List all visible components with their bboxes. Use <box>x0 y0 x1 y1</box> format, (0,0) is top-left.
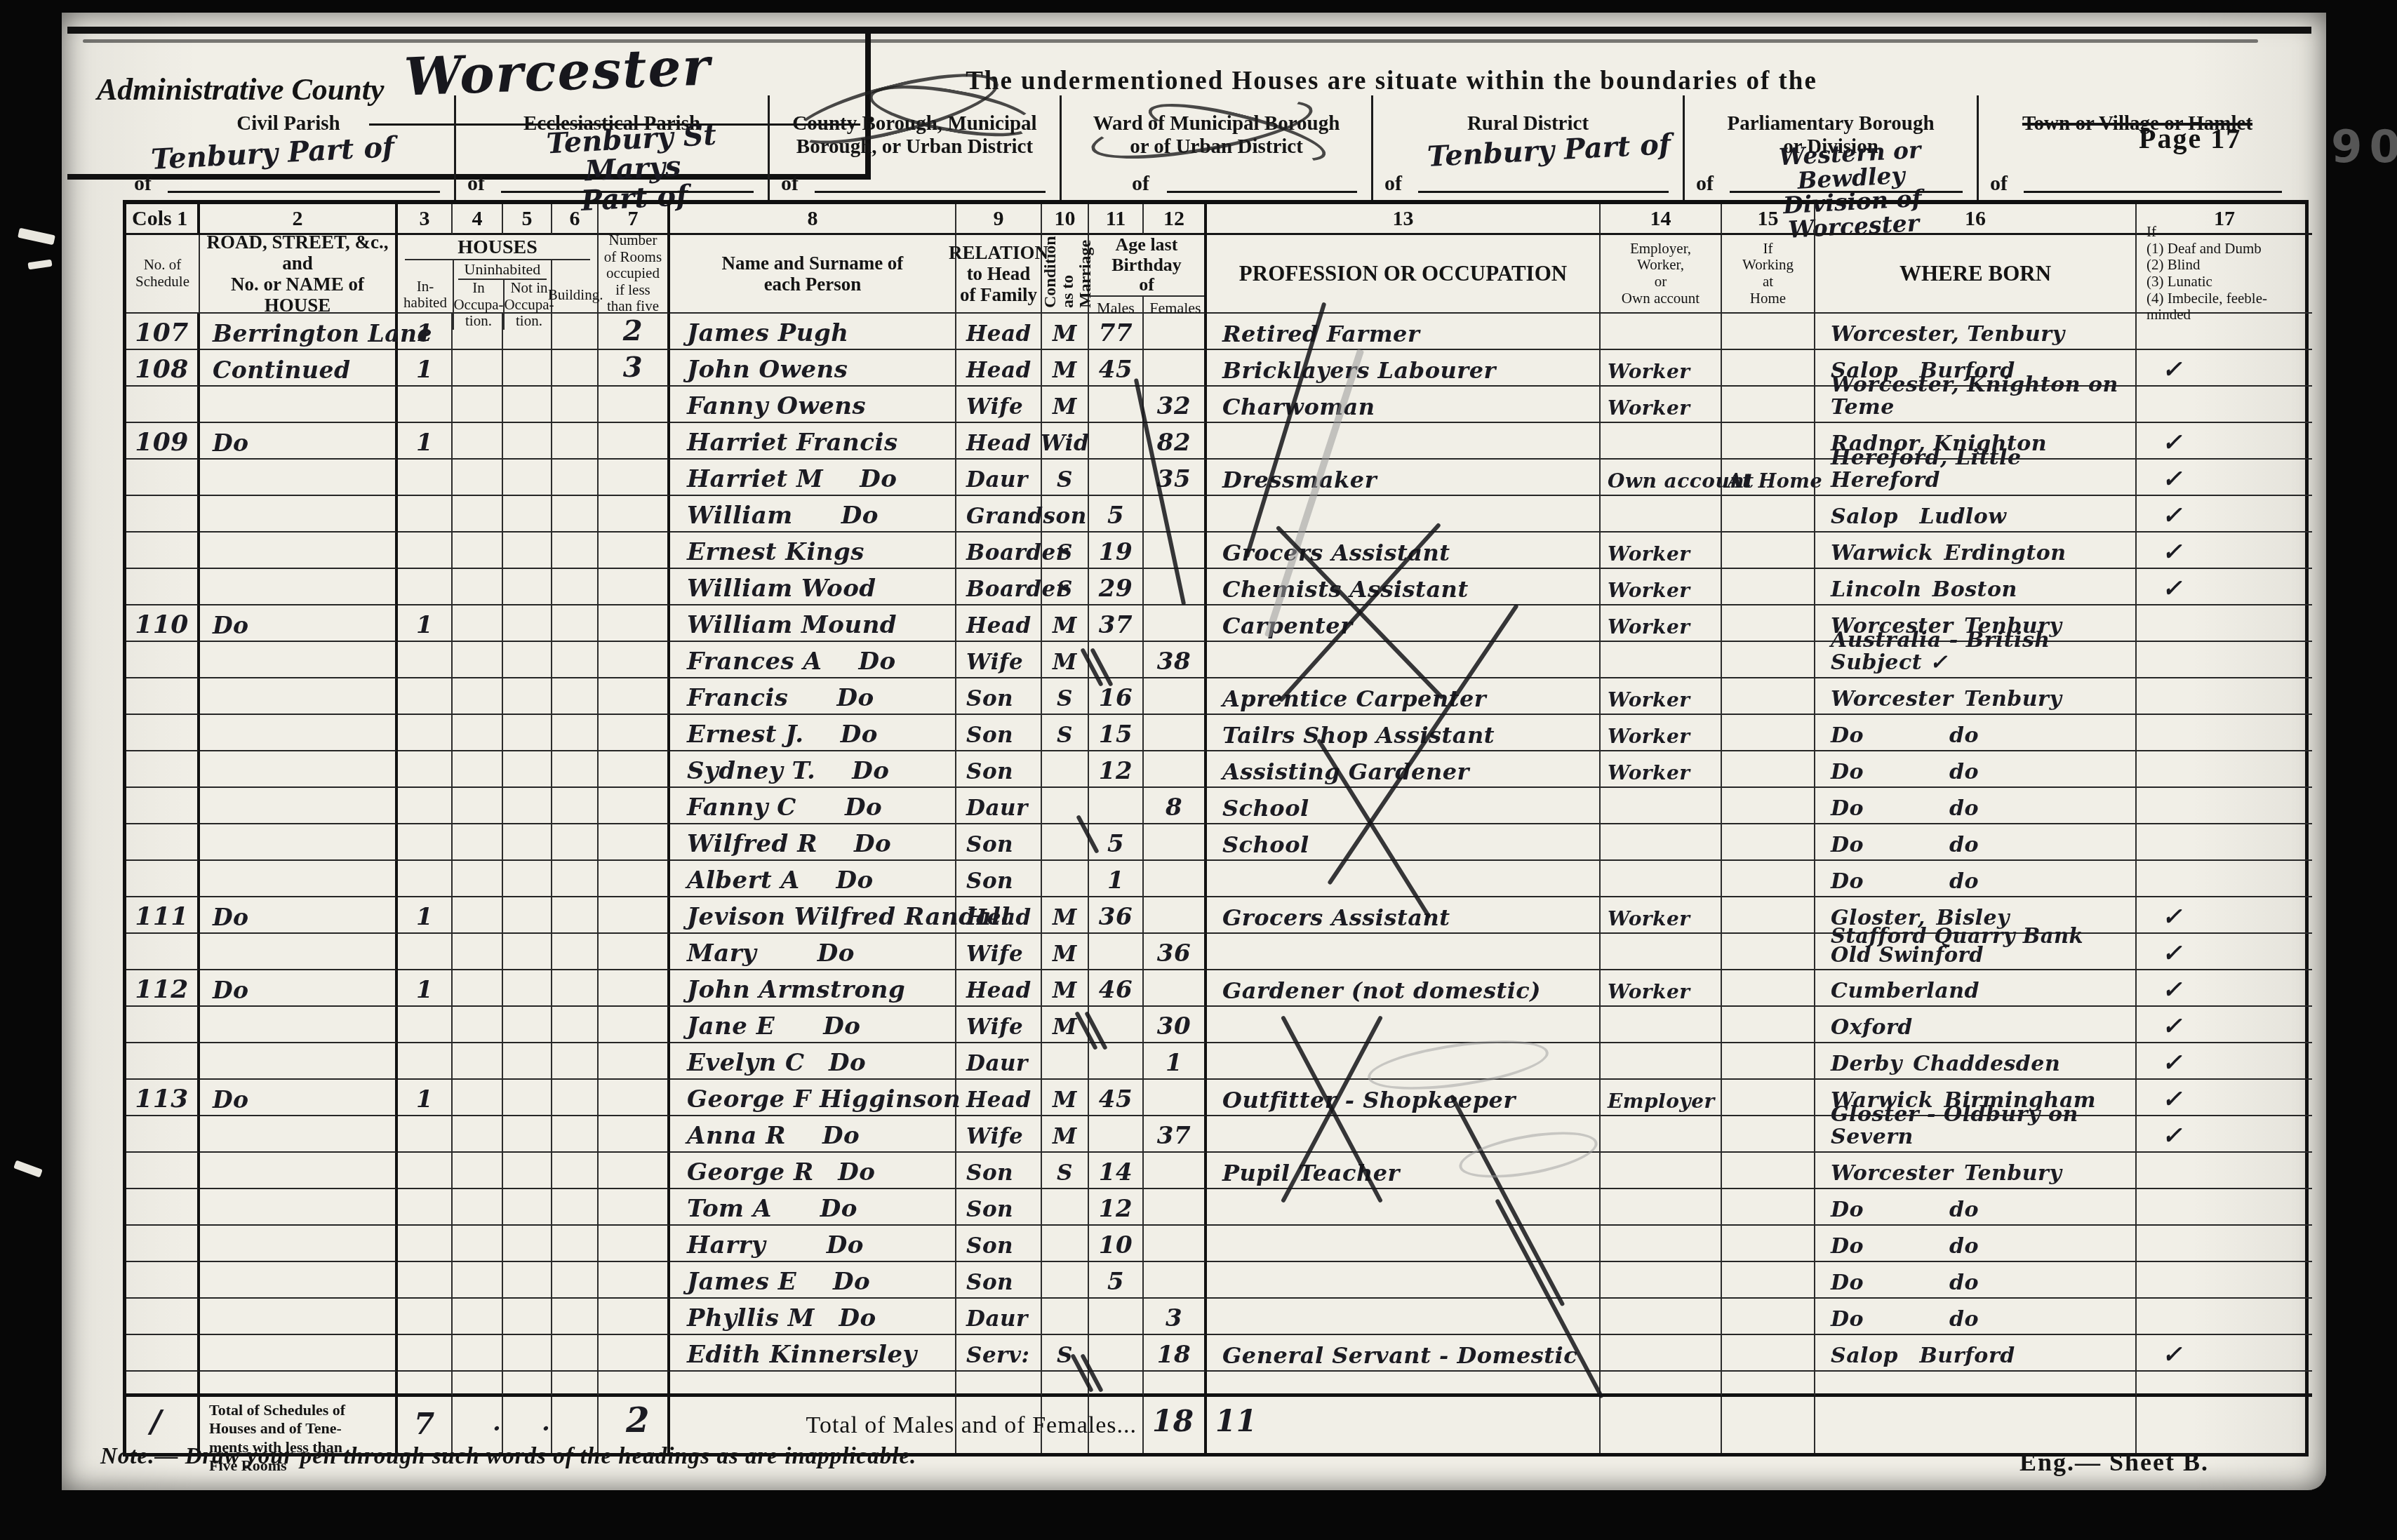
employer-cell <box>1601 1262 1722 1299</box>
not-in-occupation-cell <box>503 1262 552 1299</box>
infirmity-cell <box>2137 824 2312 861</box>
inhabited-cell: 1 <box>398 970 453 1007</box>
name-cell: Ernest Kings <box>670 533 956 569</box>
road-cell <box>200 1189 398 1226</box>
name-cell: Mary Do <box>670 934 956 970</box>
column-number: 4 <box>453 204 503 235</box>
relation-cell: Son <box>956 751 1042 788</box>
in-occupation-cell <box>453 1043 503 1080</box>
totals-inhabited: 7 <box>414 1410 435 1439</box>
name-cell: Tom A Do <box>670 1189 956 1226</box>
table-row: 107Berrington Lane12James PughHeadM77Ret… <box>126 314 2305 350</box>
building-cell <box>552 350 599 387</box>
rural-district-box: Rural District Tenbury Part of of <box>1371 95 1683 200</box>
schedule-cell <box>126 824 200 861</box>
entry-line <box>1418 191 1669 193</box>
age-female-cell <box>1144 970 1207 1007</box>
born-cell: Hereford, Little Hereford <box>1815 460 2137 496</box>
inhabited-cell: 1 <box>398 350 453 387</box>
relation-cell: Head <box>956 350 1042 387</box>
not-in-occupation-cell <box>503 642 552 678</box>
building-cell <box>552 1335 599 1372</box>
not-in-occupation-cell <box>503 496 552 533</box>
condition-cell <box>1042 751 1089 788</box>
not-in-occupation-cell <box>503 897 552 934</box>
infirmity-cell: ✓ <box>2137 1043 2312 1080</box>
age-female-cell <box>1144 751 1207 788</box>
totals-schedule-mark: ∕ <box>150 1407 162 1438</box>
table-row: William DoGrandson5Salop Ludlow✓ <box>126 496 2305 533</box>
employer-cell <box>1601 1007 1722 1043</box>
born-cell: Do do <box>1815 788 2137 824</box>
profession-cell: Charwoman <box>1207 387 1601 423</box>
road-cell: Do <box>200 970 398 1007</box>
relation-cell: Wife <box>956 1007 1042 1043</box>
employer-cell: Worker <box>1601 715 1722 751</box>
born-cell: Do do <box>1815 1299 2137 1335</box>
name-cell: Ernest J. Do <box>670 715 956 751</box>
schedule-cell <box>126 1189 200 1226</box>
in-occupation-cell <box>453 824 503 861</box>
rooms-header: Number of Rooms occupied if less than fi… <box>599 235 670 314</box>
in-occupation-cell <box>453 1116 503 1153</box>
schedule-cell <box>126 569 200 605</box>
inhabited-cell <box>398 533 453 569</box>
relation-cell: Head <box>956 314 1042 350</box>
name-cell: Anna R Do <box>670 1116 956 1153</box>
of-label: of <box>1132 173 1149 194</box>
relation-cell: Son <box>956 1262 1042 1299</box>
home-cell <box>1722 1153 1815 1189</box>
not-in-occupation-cell <box>503 788 552 824</box>
age-male-cell: 46 <box>1089 970 1144 1007</box>
not-in-occupation-cell <box>503 423 552 460</box>
road-cell <box>200 824 398 861</box>
table-row: Edith KinnersleyServ:S18General Servant … <box>126 1335 2305 1372</box>
rooms-cell <box>599 751 670 788</box>
home-cell <box>1722 897 1815 934</box>
inhabited-cell: 1 <box>398 1080 453 1116</box>
sheet-label: Eng.— Sheet B. <box>2019 1449 2209 1475</box>
age-female-cell <box>1144 496 1207 533</box>
building-cell <box>552 496 599 533</box>
table-row: Albert A DoSon1Do do <box>126 861 2305 897</box>
in-occupation-cell <box>453 788 503 824</box>
name-cell: George F Higginson <box>670 1080 956 1116</box>
column-number: 5 <box>503 204 552 235</box>
rooms-cell <box>599 1189 670 1226</box>
home-cell <box>1722 1043 1815 1080</box>
column-number: 11 <box>1089 204 1144 235</box>
table-row: 112Do1John ArmstrongHeadM46Gardener (not… <box>126 970 2305 1007</box>
employer-header: Employer, Worker, or Own account <box>1601 235 1722 314</box>
employer-cell <box>1601 1299 1722 1335</box>
schedule-cell <box>126 1153 200 1189</box>
schedule-cell: 111 <box>126 897 200 934</box>
home-cell <box>1722 824 1815 861</box>
profession-cell <box>1207 496 1601 533</box>
schedule-header: No. of Schedule <box>126 235 200 314</box>
born-cell: Salop Ludlow <box>1815 496 2137 533</box>
in-occupation-cell <box>453 1007 503 1043</box>
of-label: of <box>781 173 799 194</box>
schedule-cell <box>126 387 200 423</box>
schedule-cell <box>126 1043 200 1080</box>
schedule-cell <box>126 934 200 970</box>
name-cell: Fanny Owens <box>670 387 956 423</box>
column-number: 8 <box>670 204 956 235</box>
town-village-box: Town or Village or Hamlet of <box>1977 95 2296 200</box>
employer-cell: Worker <box>1601 678 1722 715</box>
home-cell <box>1722 1335 1815 1372</box>
home-cell <box>1722 1189 1815 1226</box>
schedule-cell: 109 <box>126 423 200 460</box>
home-cell <box>1722 678 1815 715</box>
infirmity-cell <box>2137 605 2312 642</box>
not-in-occupation-cell <box>503 1226 552 1262</box>
age-male-cell <box>1089 1335 1144 1372</box>
table-row: Evelyn C DoDaur1Derby Chaddesden✓ <box>126 1043 2305 1080</box>
film-background: 90 Administrative County Worcester The u… <box>0 0 2397 1540</box>
schedule-cell <box>126 1007 200 1043</box>
table-row: Harriet M DoDaurS35DressmakerOwn account… <box>126 460 2305 496</box>
relation-cell: Daur <box>956 460 1042 496</box>
profession-cell <box>1207 423 1601 460</box>
infirmity-cell <box>2137 1372 2312 1397</box>
rooms-cell: 2 <box>599 314 670 350</box>
age-female-cell: 37 <box>1144 1116 1207 1153</box>
age-male-cell <box>1089 1043 1144 1080</box>
employer-cell <box>1601 861 1722 897</box>
not-in-occupation-cell <box>503 1189 552 1226</box>
relation-cell: Son <box>956 1226 1042 1262</box>
relation-cell: Wife <box>956 934 1042 970</box>
totals-dot-2: . <box>542 1411 550 1435</box>
age-male-cell: 19 <box>1089 533 1144 569</box>
age-group-label: Age last Birthday of <box>1089 235 1204 295</box>
home-cell <box>1722 1262 1815 1299</box>
employer-cell: Worker <box>1601 387 1722 423</box>
schedule-cell: 110 <box>126 605 200 642</box>
home-header: If Working at Home <box>1722 235 1815 314</box>
home-cell <box>1722 970 1815 1007</box>
age-female-cell <box>1144 350 1207 387</box>
rooms-cell <box>599 496 670 533</box>
born-cell: Oxford <box>1815 1007 2137 1043</box>
schedule-cell <box>126 788 200 824</box>
employer-cell <box>1601 423 1722 460</box>
houses-group-label: HOUSES <box>405 235 590 260</box>
condition-cell <box>1042 496 1089 533</box>
parliamentary-borough-box: Parliamentary Borough or Division Wester… <box>1683 95 1977 200</box>
born-cell: Gloster - Oldbury on Severn <box>1815 1116 2137 1153</box>
relation-cell: Head <box>956 897 1042 934</box>
born-cell: Do do <box>1815 824 2137 861</box>
in-occupation-cell <box>453 423 503 460</box>
archive-stamp: 90 <box>2331 125 2397 170</box>
rooms-cell: 3 <box>599 350 670 387</box>
schedule-cell: 112 <box>126 970 200 1007</box>
in-occupation-cell <box>453 1226 503 1262</box>
building-cell <box>552 1116 599 1153</box>
in-occupation-cell <box>453 751 503 788</box>
rural-district-value: Tenbury Part of <box>1422 130 1676 173</box>
name-cell: Edith Kinnersley <box>670 1335 956 1372</box>
rooms-cell <box>599 605 670 642</box>
infirmity-cell: ✓ <box>2137 1116 2312 1153</box>
infirmity-cell <box>2137 678 2312 715</box>
born-cell: Do do <box>1815 1262 2137 1299</box>
profession-cell <box>1207 1397 1601 1453</box>
born-cell: Warwick Erdington <box>1815 533 2137 569</box>
film-speck <box>27 260 52 270</box>
inhabited-cell <box>398 1299 453 1335</box>
building-cell <box>552 387 599 423</box>
employer-cell <box>1601 824 1722 861</box>
age-male-cell <box>1089 788 1144 824</box>
sheet-frame-top <box>67 27 2311 34</box>
infirmity-cell: ✓ <box>2137 423 2312 460</box>
building-cell <box>552 1189 599 1226</box>
table-row: Tom A DoSon12Do do <box>126 1189 2305 1226</box>
name-cell: Jevison Wilfred Randall <box>670 897 956 934</box>
situate-statement: The undermentioned Houses are situate wi… <box>925 67 1858 96</box>
condition-cell <box>1042 1226 1089 1262</box>
entry-line <box>168 191 440 193</box>
road-cell <box>200 533 398 569</box>
infirmity-cell <box>2137 1189 2312 1226</box>
table-row: Sydney T. DoSon12Assisting GardenerWorke… <box>126 751 2305 788</box>
relation-cell: Daur <box>956 1043 1042 1080</box>
road-cell <box>200 569 398 605</box>
age-group-header: Age last Birthday of Males Females <box>1089 235 1207 314</box>
employer-cell <box>1601 642 1722 678</box>
age-male-cell: 12 <box>1089 751 1144 788</box>
not-in-occupation-cell <box>503 934 552 970</box>
name-cell: Harriet Francis <box>670 423 956 460</box>
employer-cell: Worker <box>1601 605 1722 642</box>
condition-cell <box>1042 861 1089 897</box>
in-occupation-cell <box>453 1335 503 1372</box>
age-female-cell: 36 <box>1144 934 1207 970</box>
building-cell <box>552 934 599 970</box>
condition-cell: M <box>1042 642 1089 678</box>
building-cell <box>552 460 599 496</box>
of-label: of <box>134 173 152 194</box>
relation-cell: Head <box>956 423 1042 460</box>
inhabited-cell <box>398 934 453 970</box>
age-male-cell: 29 <box>1089 569 1144 605</box>
employer-cell <box>1601 1116 1722 1153</box>
inhabited-cell <box>398 460 453 496</box>
profession-cell: Retired Farmer <box>1207 314 1601 350</box>
relation-cell: Serv: <box>956 1335 1042 1372</box>
condition-cell: M <box>1042 1116 1089 1153</box>
name-cell: James E Do <box>670 1262 956 1299</box>
in-occupation-cell <box>453 533 503 569</box>
column-number-row: Cols 1234567891011121314151617 <box>126 204 2305 235</box>
profession-cell <box>1207 1299 1601 1335</box>
building-cell <box>552 1007 599 1043</box>
employer-cell: Worker <box>1601 350 1722 387</box>
in-occupation-cell <box>453 715 503 751</box>
name-cell: Fanny C Do <box>670 788 956 824</box>
employer-cell: Employer <box>1601 1080 1722 1116</box>
film-speck <box>13 1160 43 1178</box>
column-number: 16 <box>1815 204 2137 235</box>
in-occupation-cell <box>453 897 503 934</box>
age-male-cell: 12 <box>1089 1189 1144 1226</box>
name-cell: Albert A Do <box>670 861 956 897</box>
home-cell <box>1722 423 1815 460</box>
born-cell: Worcester Tenbury <box>1815 678 2137 715</box>
age-male-cell: 14 <box>1089 1153 1144 1189</box>
name-cell: Harry Do <box>670 1226 956 1262</box>
not-in-occupation-cell <box>503 350 552 387</box>
born-cell: Worcester, Tenbury <box>1815 314 2137 350</box>
age-female-cell <box>1144 715 1207 751</box>
employer-cell <box>1601 1153 1722 1189</box>
home-cell <box>1722 350 1815 387</box>
of-label: of <box>1696 173 1714 194</box>
inhabited-cell <box>398 642 453 678</box>
age-male-cell: 5 <box>1089 1262 1144 1299</box>
home-cell <box>1722 861 1815 897</box>
rooms-cell <box>599 1299 670 1335</box>
rooms-cell <box>599 1043 670 1080</box>
relation-cell: Son <box>956 715 1042 751</box>
rooms-cell <box>599 1262 670 1299</box>
entry-line <box>1167 191 1357 193</box>
condition-cell: M <box>1042 314 1089 350</box>
condition-cell: S <box>1042 569 1089 605</box>
schedule-cell <box>126 642 200 678</box>
not-in-occupation-cell <box>503 970 552 1007</box>
relation-cell: Son <box>956 861 1042 897</box>
in-occupation-cell <box>453 1262 503 1299</box>
in-occupation-cell <box>453 678 503 715</box>
building-cell <box>552 1262 599 1299</box>
table-row: Fanny OwensWifeM32CharwomanWorkerWorcest… <box>126 387 2305 423</box>
in-occupation-cell <box>453 861 503 897</box>
in-occupation-cell <box>453 1153 503 1189</box>
employer-cell <box>1601 1226 1722 1262</box>
condition-cell: S <box>1042 460 1089 496</box>
rooms-cell <box>599 678 670 715</box>
name-cell: George R Do <box>670 1153 956 1189</box>
in-occupation-cell <box>453 1299 503 1335</box>
in-occupation-cell <box>453 605 503 642</box>
age-female-cell <box>1144 1262 1207 1299</box>
condition-cell: M <box>1042 934 1089 970</box>
age-female-cell: 30 <box>1144 1007 1207 1043</box>
home-cell <box>1722 1397 1815 1453</box>
profession-cell <box>1207 1189 1601 1226</box>
building-cell <box>552 533 599 569</box>
houses-group-header: HOUSES In- habited Uninhabited In Occupa… <box>398 235 599 314</box>
infirmity-cell: ✓ <box>2137 1080 2312 1116</box>
uninhabited-group-label: Uninhabited <box>458 260 547 280</box>
home-cell <box>1722 642 1815 678</box>
table-row: George R DoSonS14Pupil TeacherWorcester … <box>126 1153 2305 1189</box>
age-female-cell <box>1144 1372 1207 1397</box>
profession-cell: School <box>1207 788 1601 824</box>
name-cell: Jane E Do <box>670 1007 956 1043</box>
age-female-cell: 38 <box>1144 642 1207 678</box>
born-cell: Do do <box>1815 1226 2137 1262</box>
in-occupation-cell <box>453 350 503 387</box>
employer-cell <box>1601 934 1722 970</box>
profession-cell: School <box>1207 824 1601 861</box>
profession-cell <box>1207 934 1601 970</box>
condition-cell: S <box>1042 533 1089 569</box>
infirmity-cell <box>2137 751 2312 788</box>
profession-cell <box>1207 1226 1601 1262</box>
building-cell <box>552 1153 599 1189</box>
road-cell <box>200 642 398 678</box>
age-female-cell <box>1144 1226 1207 1262</box>
road-cell <box>200 1372 398 1397</box>
relation-header: RELATION to Head of Family <box>956 235 1042 314</box>
relation-cell: Grandson <box>956 496 1042 533</box>
inhabited-cell <box>398 1226 453 1262</box>
profession-cell: General Servant - Domestic <box>1207 1335 1601 1372</box>
infirmity-cell <box>2137 642 2312 678</box>
road-cell <box>200 715 398 751</box>
born-cell: Australia - British Subject ✓ <box>1815 642 2137 678</box>
name-cell: William Wood <box>670 569 956 605</box>
not-in-occupation-cell <box>503 861 552 897</box>
administrative-county-value: Worcester <box>403 41 712 103</box>
home-cell <box>1722 387 1815 423</box>
employer-cell: Worker <box>1601 533 1722 569</box>
employer-cell <box>1601 1189 1722 1226</box>
road-cell <box>200 1262 398 1299</box>
home-cell <box>1722 1080 1815 1116</box>
film-speck <box>18 228 55 246</box>
profession-cell: Carpenter <box>1207 605 1601 642</box>
spacer-row <box>126 1372 2305 1397</box>
age-male-cell <box>1089 387 1144 423</box>
relation-cell: Daur <box>956 1299 1042 1335</box>
road-cell: Berrington Lane <box>200 314 398 350</box>
rooms-cell <box>599 423 670 460</box>
employer-cell <box>1601 1043 1722 1080</box>
home-cell <box>1722 1116 1815 1153</box>
building-cell <box>552 970 599 1007</box>
relation-cell: Head <box>956 970 1042 1007</box>
employer-cell: Worker <box>1601 897 1722 934</box>
not-in-occupation-cell <box>503 1153 552 1189</box>
born-cell: Do do <box>1815 715 2137 751</box>
name-cell: Frances A Do <box>670 642 956 678</box>
building-cell <box>552 897 599 934</box>
age-female-cell: 18 <box>1144 1335 1207 1372</box>
inhabited-cell <box>398 1189 453 1226</box>
not-in-occupation-cell <box>503 824 552 861</box>
totals-rooms: 2 <box>626 1404 650 1438</box>
table-row: Francis DoSonS16Aprentice CarpenterWorke… <box>126 678 2305 715</box>
schedule-cell <box>126 715 200 751</box>
not-in-occupation-cell <box>503 751 552 788</box>
table-row: Ernest KingsBoarderS19Grocers AssistantW… <box>126 533 2305 569</box>
home-cell <box>1722 1372 1815 1397</box>
in-occupation-cell <box>453 569 503 605</box>
table-row: Anna R DoWifeM37Gloster - Oldbury on Sev… <box>126 1116 2305 1153</box>
road-cell <box>200 1043 398 1080</box>
rooms-cell <box>599 642 670 678</box>
schedule-cell <box>126 1299 200 1335</box>
